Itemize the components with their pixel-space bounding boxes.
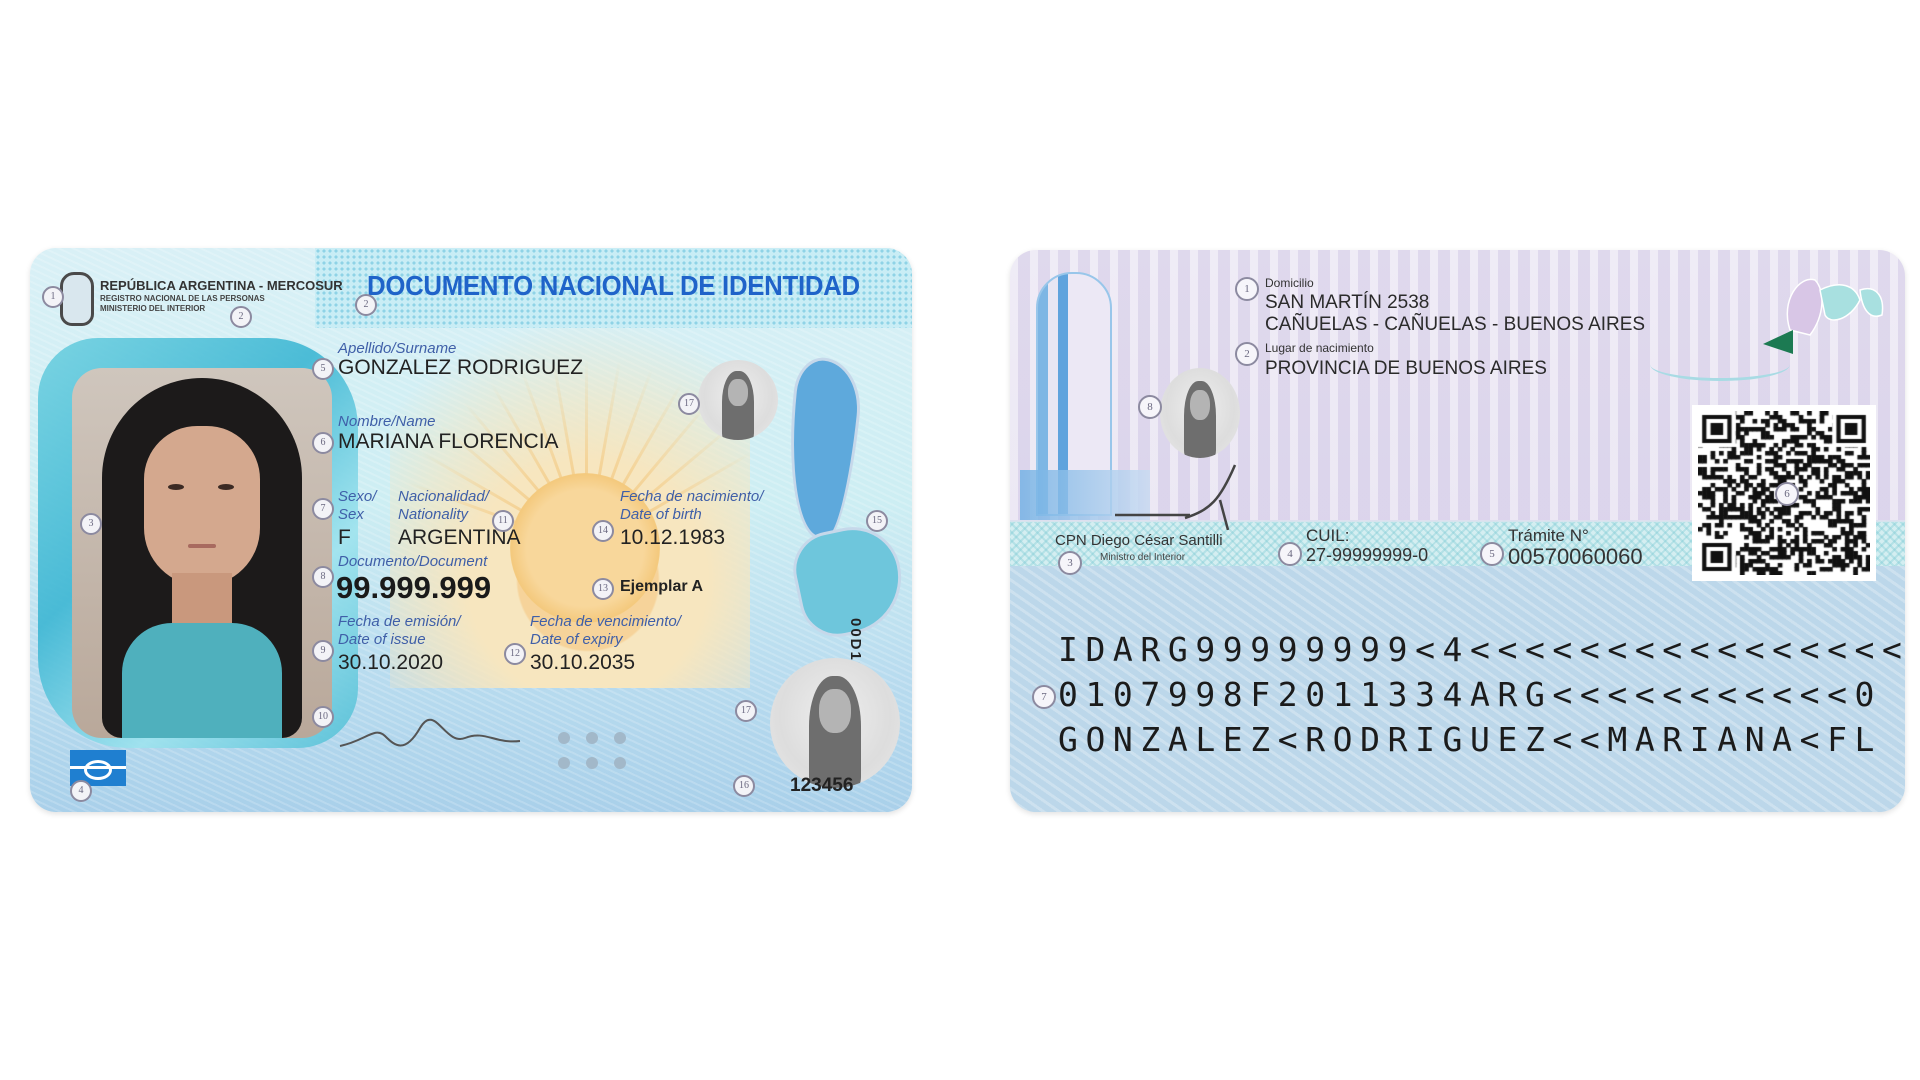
address-label: Domicilio [1265, 276, 1314, 290]
marker-8: 8 [1138, 395, 1162, 419]
issuer-line-2: REGISTRO NACIONAL DE LAS PERSONAS [100, 294, 265, 303]
expiry-label-en: Date of expiry [530, 631, 623, 648]
ghost-image-small [698, 360, 778, 440]
nationality-label-en: Nationality [398, 506, 468, 523]
hummingbird-icon [1745, 330, 1793, 354]
marker-6: 6 [1775, 482, 1799, 506]
minister-signature [1110, 460, 1250, 530]
signature [335, 716, 525, 756]
cuil-label: CUIL: [1306, 526, 1349, 546]
marker-16: 16 [733, 775, 755, 797]
ghost-image-large [770, 658, 900, 788]
marker-4: 4 [70, 780, 92, 802]
braille-dots [550, 728, 634, 778]
marker-13: 13 [592, 578, 614, 600]
marker-11: 11 [492, 510, 514, 532]
marker-5: 5 [312, 358, 334, 380]
issuer-line-1: REPÚBLICA ARGENTINA - MERCOSUR [100, 278, 343, 293]
sex-label-en: Sex [338, 506, 364, 523]
marker-9: 9 [312, 640, 334, 662]
issue-label-es: Fecha de emisión/ [338, 613, 461, 630]
tramite-label: Trámite N° [1508, 526, 1589, 546]
marker-3: 3 [80, 513, 102, 535]
address-line-2: CAÑUELAS - CAÑUELAS - BUENOS AIRES [1265, 314, 1645, 336]
marker-2: 2 [355, 294, 377, 316]
sex-label-es: Sexo/ [338, 488, 376, 505]
coat-of-arms-icon [60, 272, 94, 326]
nationality-label-es: Nacionalidad/ [398, 488, 489, 505]
marker-14: 14 [592, 520, 614, 542]
document-title: DOCUMENTO NACIONAL DE IDENTIDAD [367, 270, 860, 302]
marker-4: 4 [1278, 542, 1302, 566]
birthplace-label: Lugar de nacimiento [1265, 341, 1374, 355]
surname-label: Apellido/Surname [338, 340, 456, 357]
dni-front-card: REPÚBLICA ARGENTINA - MERCOSUR REGISTRO … [30, 248, 912, 812]
marker-15: 15 [866, 510, 888, 532]
marker-7: 7 [1032, 685, 1056, 709]
tramite-value: 00570060060 [1508, 544, 1643, 570]
issuer-line-3: MINISTERIO DEL INTERIOR [100, 304, 205, 313]
surname-value: GONZALEZ RODRIGUEZ [338, 356, 583, 380]
holder-photo [72, 368, 332, 738]
document-number: 99.999.999 [336, 570, 491, 606]
issue-label-en: Date of issue [338, 631, 426, 648]
marker-8: 8 [312, 566, 334, 588]
dob-label-es: Fecha de nacimiento/ [620, 488, 763, 505]
card-number: 123456 [790, 775, 853, 797]
marker-3: 3 [1058, 551, 1082, 575]
sex-value: F [338, 526, 351, 550]
signatory-title: Ministro del Interior [1100, 552, 1185, 563]
marker-12: 12 [504, 643, 526, 665]
marker-17b: 17 [735, 700, 757, 722]
mrz-line-2: 0107998F2011334ARG<<<<<<<<<<<0 [1058, 675, 1882, 714]
issue-date: 30.10.2020 [338, 651, 443, 675]
cuil-value: 27-99999999-0 [1306, 545, 1428, 566]
address-line-1: SAN MARTÍN 2538 [1265, 292, 1429, 314]
copy-label: Ejemplar A [620, 578, 703, 596]
dob-label-en: Date of birth [620, 506, 702, 523]
marker-10: 10 [312, 706, 334, 728]
ghost-image [1160, 368, 1240, 458]
mrz-line-3: GONZALEZ<RODRIGUEZ<<MARIANA<FL [1058, 720, 1882, 759]
marker-1: 1 [42, 286, 64, 308]
mrz-line-1: IDARG99999999<4<<<<<<<<<<<<<<<< [1058, 630, 1905, 669]
birthplace-value: PROVINCIA DE BUENOS AIRES [1265, 358, 1547, 380]
marker-1: 1 [1235, 277, 1259, 301]
dni-back-card: 1 Domicilio SAN MARTÍN 2538 CAÑUELAS - C… [1010, 250, 1905, 812]
marker-2b: 2 [230, 306, 252, 328]
name-label: Nombre/Name [338, 413, 436, 430]
marker-2: 2 [1235, 342, 1259, 366]
marker-5: 5 [1480, 542, 1504, 566]
marker-6: 6 [312, 432, 334, 454]
name-value: MARIANA FLORENCIA [338, 430, 559, 454]
marker-17: 17 [678, 393, 700, 415]
signatory-name: CPN Diego César Santilli [1055, 532, 1223, 549]
document-label: Documento/Document [338, 553, 487, 570]
dob-value: 10.12.1983 [620, 526, 725, 550]
marker-7: 7 [312, 498, 334, 520]
expiry-label-es: Fecha de vencimiento/ [530, 613, 681, 630]
argentina-map-icon [779, 355, 866, 542]
expiry-date: 30.10.2035 [530, 651, 635, 675]
